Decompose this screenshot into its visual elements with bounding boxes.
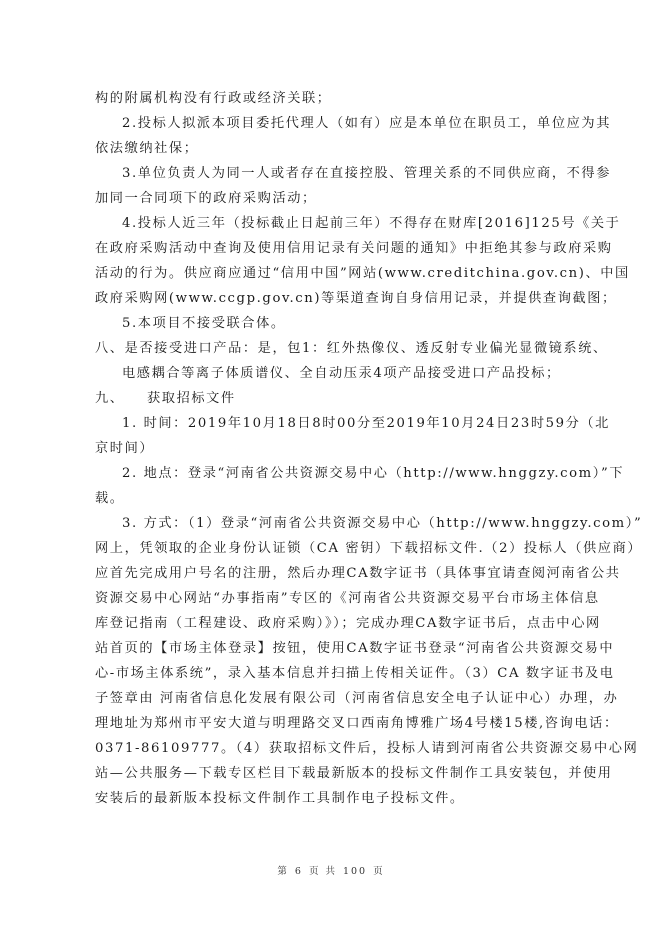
text-line: 依法缴纳社保； (95, 136, 567, 161)
text-line: 资源交易中心网站“办事指南”专区的《河南省公共资源交易平台市场主体信息 (95, 586, 567, 611)
footer-suffix: 页 (373, 866, 385, 877)
section-number: 九、 (95, 386, 147, 411)
total-pages: 100 (343, 866, 367, 877)
section-title: 获取招标文件 (147, 386, 236, 411)
section-text: 是否接受进口产品：是，包1：红外热像仪、透反射专业偏光显微镜系统、 (125, 336, 608, 361)
list-item-2: 2.投标人拟派本项目委托代理人（如有）应是本单位在职员工，单位应为其 (95, 111, 567, 136)
text-line: 理地址为郑州市平安大道与明理路交叉口西南角博雅广场4号楼15楼,咨询电话： (95, 711, 567, 736)
section-8-heading: 八、 是否接受进口产品：是，包1：红外热像仪、透反射专业偏光显微镜系统、 (95, 336, 567, 361)
text-line: 载。 (95, 486, 567, 511)
text-line: 在政府采购活动中查询及使用信用记录有关问题的通知》中拒绝其参与政府采购 (95, 236, 567, 261)
text-line: 网上，凭领取的企业身份认证锁（CA 密钥）下载招标文件.（2）投标人（供应商） (95, 536, 567, 561)
text-line: 京时间） (95, 436, 567, 461)
text-line: 应首先完成用户号名的注册，然后办理CA数字证书（具体事宜请查阅河南省公共 (95, 561, 567, 586)
list-item-method: 3. 方式：（1）登录“河南省公共资源交易中心（http://www.hnggz… (95, 511, 567, 536)
section-number: 八、 (95, 336, 125, 361)
text-line: 心-市场主体系统”，录入基本信息并扫描上传相关证件。（3）CA 数字证书及电 (95, 661, 567, 686)
text-line: 政府采购网(www.ccgp.gov.cn)等渠道查询自身信用记录，并提供查询截… (95, 286, 567, 311)
section-9-heading: 九、 获取招标文件 (95, 386, 567, 411)
text-line: 加同一合同项下的政府采购活动； (95, 186, 567, 211)
section-8-continuation: 电感耦合等离子体质谱仪、全自动压汞4项产品接受进口产品投标； (95, 361, 567, 386)
list-item-3: 3.单位负责人为同一人或者存在直接控股、管理关系的不同供应商，不得参 (95, 161, 567, 186)
list-item-time: 1. 时间：2019年10月18日8时00分至2019年10月24日23时59分… (95, 411, 567, 436)
list-item-4: 4.投标人近三年（投标截止日起前三年）不得存在财库[2016]125号《关于 (95, 211, 567, 236)
text-line: 安装后的最新版本投标文件制作工具制作电子投标文件。 (95, 786, 567, 811)
document-page: 构的附属机构没有行政或经济关联； 2.投标人拟派本项目委托代理人（如有）应是本单… (95, 86, 567, 811)
text-line: 活动的行为。供应商应通过“信用中国”网站(www.creditchina.gov… (95, 261, 567, 286)
text-line: 构的附属机构没有行政或经济关联； (95, 86, 567, 111)
footer-mid: 页 共 (309, 866, 337, 877)
list-item-location: 2. 地点：登录“河南省公共资源交易中心（http://www.hnggzy.c… (95, 461, 567, 486)
list-item-5: 5.本项目不接受联合体。 (95, 311, 567, 336)
page-footer: 第6页 共100页 (0, 863, 662, 877)
page-number: 6 (295, 866, 303, 877)
text-line: 0371-86109777。（4）获取招标文件后，投标人请到河南省公共资源交易中… (95, 736, 567, 761)
text-line: 库登记指南（工程建设、政府采购）》）；完成办理CA数字证书后，点击中心网 (95, 611, 567, 636)
footer-prefix: 第 (277, 866, 289, 877)
text-line: 站—公共服务—下载专区栏目下载最新版本的投标文件制作工具安装包，并使用 (95, 761, 567, 786)
text-line: 子签章由 河南省信息化发展有限公司（河南省信息安全电子认证中心）办理，办 (95, 686, 567, 711)
text-line: 站首页的【市场主体登录】按钮，使用CA数字证书登录“河南省公共资源交易中 (95, 636, 567, 661)
